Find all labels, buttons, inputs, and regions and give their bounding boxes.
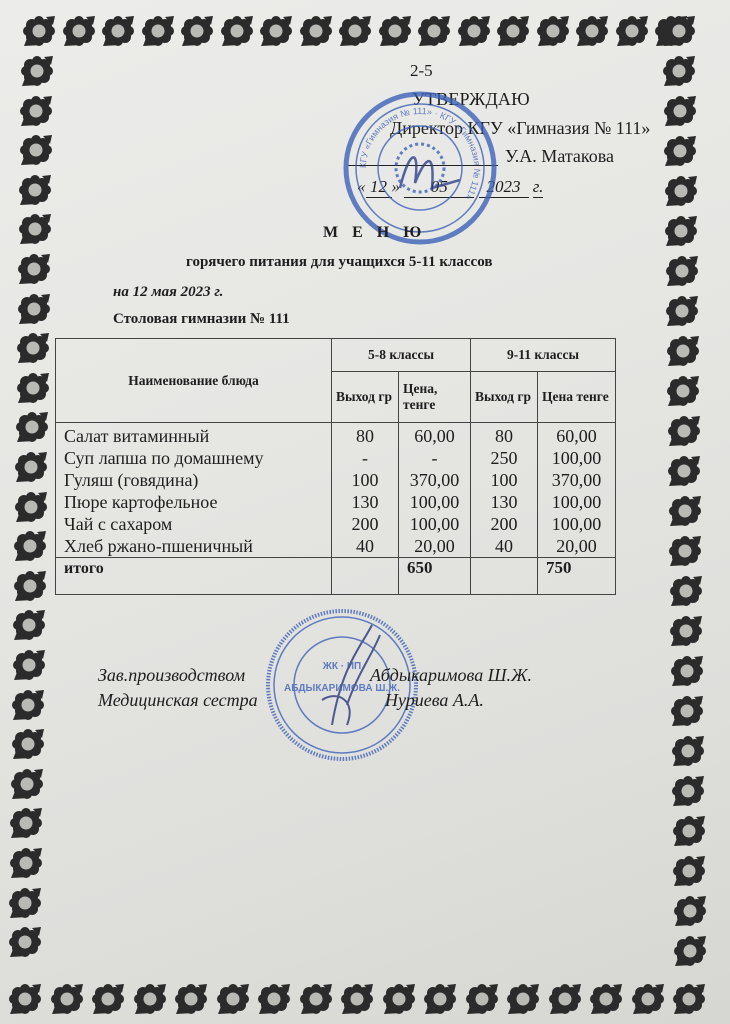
ornament-icon xyxy=(673,895,707,927)
ornament-icon xyxy=(667,455,701,487)
yield-5-8: 80 xyxy=(332,423,399,448)
total-row: итого 650 750 xyxy=(56,558,616,595)
ornament-icon xyxy=(259,15,293,47)
price-5-8: 100,00 xyxy=(399,491,471,513)
ornament-icon xyxy=(548,983,582,1015)
dish-name: Пюре картофельное xyxy=(56,491,332,513)
ornament-icon xyxy=(338,15,372,47)
ornament-icon xyxy=(11,728,45,760)
ornament-icon xyxy=(663,135,697,167)
ornament-icon xyxy=(457,15,491,47)
ornament-icon xyxy=(299,15,333,47)
total-yield-9-11 xyxy=(471,558,538,595)
ornament-icon xyxy=(668,535,702,567)
ornament-icon xyxy=(13,530,47,562)
ornament-icon xyxy=(496,15,530,47)
yield-9-11: 80 xyxy=(471,423,538,448)
table-row: Хлеб ржано-пшеничный4020,004020,00 xyxy=(56,535,616,558)
signature-line xyxy=(348,165,498,166)
ornament-icon xyxy=(615,15,649,47)
ornament-icon xyxy=(9,847,43,879)
ornament-icon xyxy=(14,451,48,483)
ornament-icon xyxy=(417,15,451,47)
ornament-icon xyxy=(668,495,702,527)
ornament-icon xyxy=(465,983,499,1015)
table-row: Суп лапша по домашнему--250100,00 xyxy=(56,447,616,469)
approval-date: «12» 05 2023 г. xyxy=(357,177,543,198)
dish-name: Салат витаминный xyxy=(56,423,332,448)
price-5-8: 100,00 xyxy=(399,513,471,535)
ornament-icon xyxy=(670,655,704,687)
ornament-icon xyxy=(20,55,54,87)
ornament-icon xyxy=(18,174,52,206)
ornament-icon xyxy=(506,983,540,1015)
ornament-icon xyxy=(670,695,704,727)
ornament-icon xyxy=(667,415,701,447)
ornament-icon xyxy=(423,983,457,1015)
ornament-icon xyxy=(664,175,698,207)
ornament-icon xyxy=(663,95,697,127)
table-row: Пюре картофельное130100,00130100,00 xyxy=(56,491,616,513)
price-header-9-11: Цена тенге xyxy=(538,372,616,423)
ornament-icon xyxy=(8,983,42,1015)
total-price-5-8: 650 xyxy=(399,558,471,595)
ornament-icon xyxy=(378,15,412,47)
ornament-icon xyxy=(141,15,175,47)
price-5-8: - xyxy=(399,447,471,469)
menu-title: М Е Н Ю xyxy=(323,224,426,242)
ornament-icon xyxy=(220,15,254,47)
ornament-icon xyxy=(17,253,51,285)
ornament-icon xyxy=(101,15,135,47)
yield-5-8: 40 xyxy=(332,535,399,558)
canteen-name: Столовая гимназии № 111 xyxy=(113,311,290,328)
menu-subtitle: горячего питания для учащихся 5-11 класс… xyxy=(186,254,492,271)
ornament-icon xyxy=(672,855,706,887)
table-row: Чай с сахаром200100,00200100,00 xyxy=(56,513,616,535)
ornament-icon xyxy=(257,983,291,1015)
ornament-icon xyxy=(9,807,43,839)
dish-name: Хлеб ржано-пшеничный xyxy=(56,535,332,558)
yield-header-9-11: Выход гр xyxy=(471,372,538,423)
signature-name-nurse: Нуриева А.А. xyxy=(385,690,484,711)
ornament-icon xyxy=(672,983,706,1015)
ornament-icon xyxy=(664,215,698,247)
group-header-5-8: 5-8 классы xyxy=(332,339,471,372)
ornament-icon xyxy=(50,983,84,1015)
ornament-icon xyxy=(631,983,665,1015)
yield-5-8: 200 xyxy=(332,513,399,535)
menu-date: на 12 мая 2023 г. xyxy=(113,284,223,301)
date-day: 12 xyxy=(366,177,392,198)
ornament-icon xyxy=(17,293,51,325)
ornament-icon xyxy=(665,255,699,287)
signature-role-production: Зав.производством xyxy=(98,665,245,686)
dish-name: Чай с сахаром xyxy=(56,513,332,535)
ornament-icon xyxy=(133,983,167,1015)
ornament-icon xyxy=(666,335,700,367)
ornament-icon xyxy=(16,372,50,404)
table-row: Гуляш (говядина)100370,00100370,00 xyxy=(56,469,616,491)
dish-column-header: Наименование блюда xyxy=(56,339,332,423)
yield-9-11: 40 xyxy=(471,535,538,558)
price-5-8: 20,00 xyxy=(399,535,471,558)
ornament-icon xyxy=(665,295,699,327)
ornament-icon xyxy=(299,983,333,1015)
ornament-icon xyxy=(12,649,46,681)
ornament-icon xyxy=(18,213,52,245)
yield-9-11: 100 xyxy=(471,469,538,491)
price-9-11: 100,00 xyxy=(538,447,616,469)
ornament-icon xyxy=(12,609,46,641)
menu-table: Наименование блюда 5-8 классы 9-11 класс… xyxy=(55,338,616,595)
page-number: 2-5 xyxy=(410,61,433,81)
svg-text:ЖК · ИП: ЖК · ИП xyxy=(322,661,361,672)
ornament-icon xyxy=(662,15,696,47)
date-suffix: г. xyxy=(533,177,544,198)
ornament-icon xyxy=(10,768,44,800)
ornament-icon xyxy=(174,983,208,1015)
ornament-icon xyxy=(22,15,56,47)
ornament-icon xyxy=(666,375,700,407)
yield-9-11: 250 xyxy=(471,447,538,469)
ornament-icon xyxy=(382,983,416,1015)
ornament-icon xyxy=(8,926,42,958)
total-price-9-11: 750 xyxy=(538,558,616,595)
date-year: 2023 xyxy=(479,177,529,198)
ornament-icon xyxy=(16,332,50,364)
ornament-icon xyxy=(662,55,696,87)
ornament-icon xyxy=(62,15,96,47)
date-month: 05 xyxy=(404,177,474,198)
ornament-icon xyxy=(575,15,609,47)
yield-5-8: 130 xyxy=(332,491,399,513)
table-row: Салат витаминный8060,008060,00 xyxy=(56,423,616,448)
price-9-11: 60,00 xyxy=(538,423,616,448)
ornament-icon xyxy=(216,983,250,1015)
ornament-icon xyxy=(669,615,703,647)
group-header-9-11: 9-11 классы xyxy=(471,339,616,372)
ornament-icon xyxy=(19,134,53,166)
ornament-icon xyxy=(15,411,49,443)
signature-name-production: Абдыкаримова Ш.Ж. xyxy=(370,665,532,686)
ornament-icon xyxy=(669,575,703,607)
ornament-icon xyxy=(8,887,42,919)
ornament-icon xyxy=(589,983,623,1015)
ornament-icon xyxy=(14,491,48,523)
date-close-quote: » xyxy=(392,177,401,196)
ornament-icon xyxy=(19,95,53,127)
dish-name: Суп лапша по домашнему xyxy=(56,447,332,469)
ornament-icon xyxy=(671,775,705,807)
ornament-icon xyxy=(672,815,706,847)
yield-9-11: 130 xyxy=(471,491,538,513)
ornament-icon xyxy=(13,570,47,602)
total-yield-5-8 xyxy=(332,558,399,595)
price-9-11: 100,00 xyxy=(538,491,616,513)
yield-5-8: - xyxy=(332,447,399,469)
price-9-11: 100,00 xyxy=(538,513,616,535)
price-9-11: 370,00 xyxy=(538,469,616,491)
dish-name: Гуляш (говядина) xyxy=(56,469,332,491)
price-5-8: 60,00 xyxy=(399,423,471,448)
ornament-icon xyxy=(671,735,705,767)
date-open-quote: « xyxy=(357,177,366,196)
approval-title: УТВЕРЖДАЮ xyxy=(412,89,530,110)
yield-header-5-8: Выход гр xyxy=(332,372,399,423)
director-line: Директор КГУ «Гимназия № 111» xyxy=(390,118,650,139)
director-name: У.А. Матакова xyxy=(505,146,614,167)
ornament-icon xyxy=(673,935,707,967)
price-9-11: 20,00 xyxy=(538,535,616,558)
ornament-icon xyxy=(654,15,688,47)
price-header-5-8: Цена, тенге xyxy=(399,372,471,423)
ornament-icon xyxy=(91,983,125,1015)
yield-5-8: 100 xyxy=(332,469,399,491)
ornament-icon xyxy=(11,689,45,721)
price-5-8: 370,00 xyxy=(399,469,471,491)
ornament-icon xyxy=(340,983,374,1015)
signature-role-nurse: Медицинская сестра xyxy=(98,690,258,711)
ornament-icon xyxy=(536,15,570,47)
yield-9-11: 200 xyxy=(471,513,538,535)
total-label: итого xyxy=(56,558,332,595)
ornament-icon xyxy=(180,15,214,47)
